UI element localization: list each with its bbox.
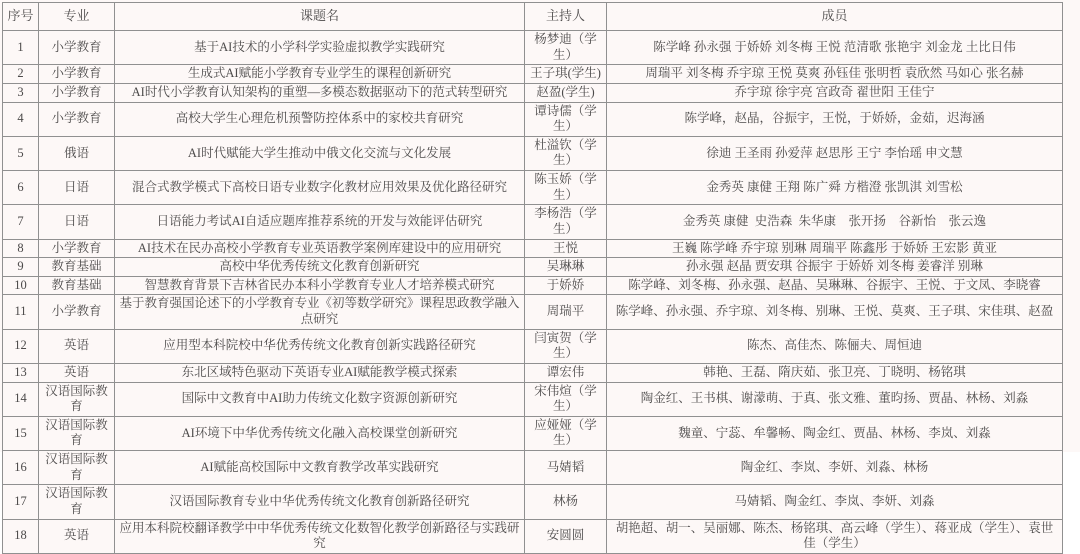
row-number: 6 (3, 171, 39, 205)
row-major: 教育基础 (39, 258, 115, 277)
table-row: 9 教育基础 高校中华优秀传统文化教育创新研究 吴琳琳 孙永强 赵晶 贾安琪 谷… (3, 258, 1063, 277)
row-host: 赵盈(学生) (525, 83, 607, 102)
row-major: 汉语国际教育 (39, 416, 115, 450)
row-host: 应娅娅（学生） (525, 416, 607, 450)
row-members: 陈学峰 孙永强 于娇娇 刘冬梅 王悦 范清歌 张艳宇 刘金龙 土比日伟 (607, 31, 1063, 65)
row-members: 孙永强 赵晶 贾安琪 谷振宇 于娇娇 刘冬梅 姜睿洋 别琳 (607, 258, 1063, 277)
row-number: 18 (3, 519, 39, 553)
row-host: 李杨浩（学生） (525, 205, 607, 239)
row-title: 应用型本科院校中华优秀传统文化教育创新实践路径研究 (115, 329, 525, 363)
row-number: 17 (3, 485, 39, 519)
row-number: 11 (3, 295, 39, 329)
row-major: 小学教育 (39, 31, 115, 65)
row-major: 日语 (39, 205, 115, 239)
row-number: 13 (3, 363, 39, 382)
row-host: 陈玉娇（学生） (525, 171, 607, 205)
row-title: 高校中华优秀传统文化教育创新研究 (115, 258, 525, 277)
row-host: 谭宏伟 (525, 363, 607, 382)
row-host: 杨梦迪（学生） (525, 31, 607, 65)
row-major: 汉语国际教育 (39, 451, 115, 485)
row-title: 汉语国际教育专业中华优秀传统文化教育创新路径研究 (115, 485, 525, 519)
header-members: 成员 (607, 3, 1063, 31)
row-number: 9 (3, 258, 39, 277)
row-major: 俄语 (39, 136, 115, 170)
row-members: 周瑞平 刘冬梅 乔宇琼 王悦 莫爽 孙钰佳 张明哲 袁欣然 马如心 张名赫 (607, 65, 1063, 84)
row-members: 陈学峰，赵晶，谷振宇，王悦，于娇娇，金茹，迟海涵 (607, 102, 1063, 136)
row-host: 杜溢钦（学生） (525, 136, 607, 170)
row-number: 10 (3, 276, 39, 295)
row-major: 小学教育 (39, 102, 115, 136)
row-title: AI环境下中华优秀传统文化融入高校课堂创新研究 (115, 416, 525, 450)
row-number: 3 (3, 83, 39, 102)
row-major: 汉语国际教育 (39, 382, 115, 416)
table-row: 11 小学教育 基于教育强国论述下的小学教育专业《初等数学研究》课程思政教学融入… (3, 295, 1063, 329)
row-number: 1 (3, 31, 39, 65)
projects-table: 序号 专业 课题名 主持人 成员 1 小学教育 基于AI技术的小学科学实验虚拟教… (2, 2, 1063, 554)
table-row: 3 小学教育 AI时代小学教育认知架构的重塑—多模态数据驱动下的范式转型研究 赵… (3, 83, 1063, 102)
row-number: 12 (3, 329, 39, 363)
table-row: 18 英语 应用本科院校翻译教学中中华优秀传统文化数智化教学创新路径与实践研究 … (3, 519, 1063, 553)
table-row: 16 汉语国际教育 AI赋能高校国际中文教育教学改革实践研究 马婧韬 陶金红、李… (3, 451, 1063, 485)
row-title: AI技术在民办高校小学教育专业英语教学案例库建设中的应用研究 (115, 239, 525, 258)
row-members: 韩艳、王磊、隋庆茹、张卫亮、丁晓明、杨铭琪 (607, 363, 1063, 382)
table-header: 序号 专业 课题名 主持人 成员 (3, 3, 1063, 31)
row-number: 8 (3, 239, 39, 258)
row-host: 谭诗儒（学生） (525, 102, 607, 136)
row-title: 日语能力考试AI自适应题库推荐系统的开发与效能评估研究 (115, 205, 525, 239)
row-number: 2 (3, 65, 39, 84)
row-host: 于娇娇 (525, 276, 607, 295)
table-row: 14 汉语国际教育 国际中文教育中AI助力传统文化数字资源创新研究 宋伟煊（学生… (3, 382, 1063, 416)
row-major: 英语 (39, 363, 115, 382)
row-members: 王巍 陈学峰 乔宇琼 别琳 周瑞平 陈鑫彤 于娇娇 王宏影 黄亚 (607, 239, 1063, 258)
table-row: 17 汉语国际教育 汉语国际教育专业中华优秀传统文化教育创新路径研究 林杨 马婧… (3, 485, 1063, 519)
row-title: 东北区域特色驱动下英语专业AI赋能教学模式探索 (115, 363, 525, 382)
row-major: 日语 (39, 171, 115, 205)
row-members: 陈学峰、孙永强、乔宇琼、刘冬梅、别琳、王悦、莫爽、王子琪、宋佳琪、赵盈 (607, 295, 1063, 329)
row-major: 教育基础 (39, 276, 115, 295)
table-body: 1 小学教育 基于AI技术的小学科学实验虚拟教学实践研究 杨梦迪（学生） 陈学峰… (3, 31, 1063, 554)
row-members: 金秀英 康健 史浩森 朱华康 张开扬 谷新怡 张云逸 (607, 205, 1063, 239)
row-title: 智慧教育背景下吉林省民办本科小学教育专业人才培养模式研究 (115, 276, 525, 295)
table-row: 5 俄语 AI时代赋能大学生推动中俄文化交流与文化发展 杜溢钦（学生） 徐迪 王… (3, 136, 1063, 170)
row-major: 小学教育 (39, 65, 115, 84)
table-row: 7 日语 日语能力考试AI自适应题库推荐系统的开发与效能评估研究 李杨浩（学生）… (3, 205, 1063, 239)
row-number: 14 (3, 382, 39, 416)
page: 序号 专业 课题名 主持人 成员 1 小学教育 基于AI技术的小学科学实验虚拟教… (0, 0, 1080, 452)
row-host: 林杨 (525, 485, 607, 519)
row-title: AI时代赋能大学生推动中俄文化交流与文化发展 (115, 136, 525, 170)
table-row: 13 英语 东北区域特色驱动下英语专业AI赋能教学模式探索 谭宏伟 韩艳、王磊、… (3, 363, 1063, 382)
row-host: 安圆圆 (525, 519, 607, 553)
row-title: 基于教育强国论述下的小学教育专业《初等数学研究》课程思政教学融入点研究 (115, 295, 525, 329)
table-row: 6 日语 混合式教学模式下高校日语专业数字化教材应用效果及优化路径研究 陈玉娇（… (3, 171, 1063, 205)
header-title: 课题名 (115, 3, 525, 31)
table-row: 1 小学教育 基于AI技术的小学科学实验虚拟教学实践研究 杨梦迪（学生） 陈学峰… (3, 31, 1063, 65)
row-members: 陶金红、王书棋、谢濛萌、于真、张文雅、董昀扬、贾晶、林杨、刘淼 (607, 382, 1063, 416)
row-title: 国际中文教育中AI助力传统文化数字资源创新研究 (115, 382, 525, 416)
header-major: 专业 (39, 3, 115, 31)
table-row: 4 小学教育 高校大学生心理危机预警防控体系中的家校共育研究 谭诗儒（学生） 陈… (3, 102, 1063, 136)
row-major: 汉语国际教育 (39, 485, 115, 519)
row-host: 王子琪(学生) (525, 65, 607, 84)
row-major: 小学教育 (39, 239, 115, 258)
header-no: 序号 (3, 3, 39, 31)
header-row: 序号 专业 课题名 主持人 成员 (3, 3, 1063, 31)
row-major: 小学教育 (39, 295, 115, 329)
row-host: 周瑞平 (525, 295, 607, 329)
header-host: 主持人 (525, 3, 607, 31)
row-members: 陶金红、李岚、李妍、刘淼、林杨 (607, 451, 1063, 485)
row-members: 陈杰、高佳杰、陈俪夫、周恒迪 (607, 329, 1063, 363)
row-number: 16 (3, 451, 39, 485)
row-title: 基于AI技术的小学科学实验虚拟教学实践研究 (115, 31, 525, 65)
row-major: 小学教育 (39, 83, 115, 102)
row-host: 闫寅贺（学生） (525, 329, 607, 363)
row-title: AI时代小学教育认知架构的重塑—多模态数据驱动下的范式转型研究 (115, 83, 525, 102)
row-members: 马婧韬、陶金红、李岚、李妍、刘淼 (607, 485, 1063, 519)
row-major: 英语 (39, 519, 115, 553)
row-host: 宋伟煊（学生） (525, 382, 607, 416)
row-title: 生成式AI赋能小学教育专业学生的课程创新研究 (115, 65, 525, 84)
row-number: 4 (3, 102, 39, 136)
row-title: 高校大学生心理危机预警防控体系中的家校共育研究 (115, 102, 525, 136)
row-major: 英语 (39, 329, 115, 363)
row-host: 马婧韬 (525, 451, 607, 485)
row-host: 王悦 (525, 239, 607, 258)
table-row: 2 小学教育 生成式AI赋能小学教育专业学生的课程创新研究 王子琪(学生) 周瑞… (3, 65, 1063, 84)
table-row: 8 小学教育 AI技术在民办高校小学教育专业英语教学案例库建设中的应用研究 王悦… (3, 239, 1063, 258)
row-members: 胡艳超、胡一、吴丽娜、陈杰、杨铭琪、高云峰（学生）、蒋亚成（学生）、袁世佳（学生… (607, 519, 1063, 553)
row-number: 5 (3, 136, 39, 170)
row-number: 7 (3, 205, 39, 239)
row-members: 金秀英 康健 王翔 陈广舜 方楷澄 张凯淇 刘雪松 (607, 171, 1063, 205)
row-title: 混合式教学模式下高校日语专业数字化教材应用效果及优化路径研究 (115, 171, 525, 205)
row-title: AI赋能高校国际中文教育教学改革实践研究 (115, 451, 525, 485)
row-members: 魏童、宁蕊、牟馨畅、陶金红、贾晶、林杨、李岚、刘淼 (607, 416, 1063, 450)
row-number: 15 (3, 416, 39, 450)
row-members: 徐迪 王圣雨 孙爱萍 赵思彤 王宁 李怡瑶 申文慧 (607, 136, 1063, 170)
table-row: 12 英语 应用型本科院校中华优秀传统文化教育创新实践路径研究 闫寅贺（学生） … (3, 329, 1063, 363)
table-row: 15 汉语国际教育 AI环境下中华优秀传统文化融入高校课堂创新研究 应娅娅（学生… (3, 416, 1063, 450)
table-row: 10 教育基础 智慧教育背景下吉林省民办本科小学教育专业人才培养模式研究 于娇娇… (3, 276, 1063, 295)
row-members: 乔宇琼 徐宇亮 宫政奇 翟世阳 王佳宁 (607, 83, 1063, 102)
row-members: 陈学峰、刘冬梅、孙永强、赵晶、吴琳琳、谷振宇、王悦、于文凤、李晓睿 (607, 276, 1063, 295)
row-host: 吴琳琳 (525, 258, 607, 277)
row-title: 应用本科院校翻译教学中中华优秀传统文化数智化教学创新路径与实践研究 (115, 519, 525, 553)
